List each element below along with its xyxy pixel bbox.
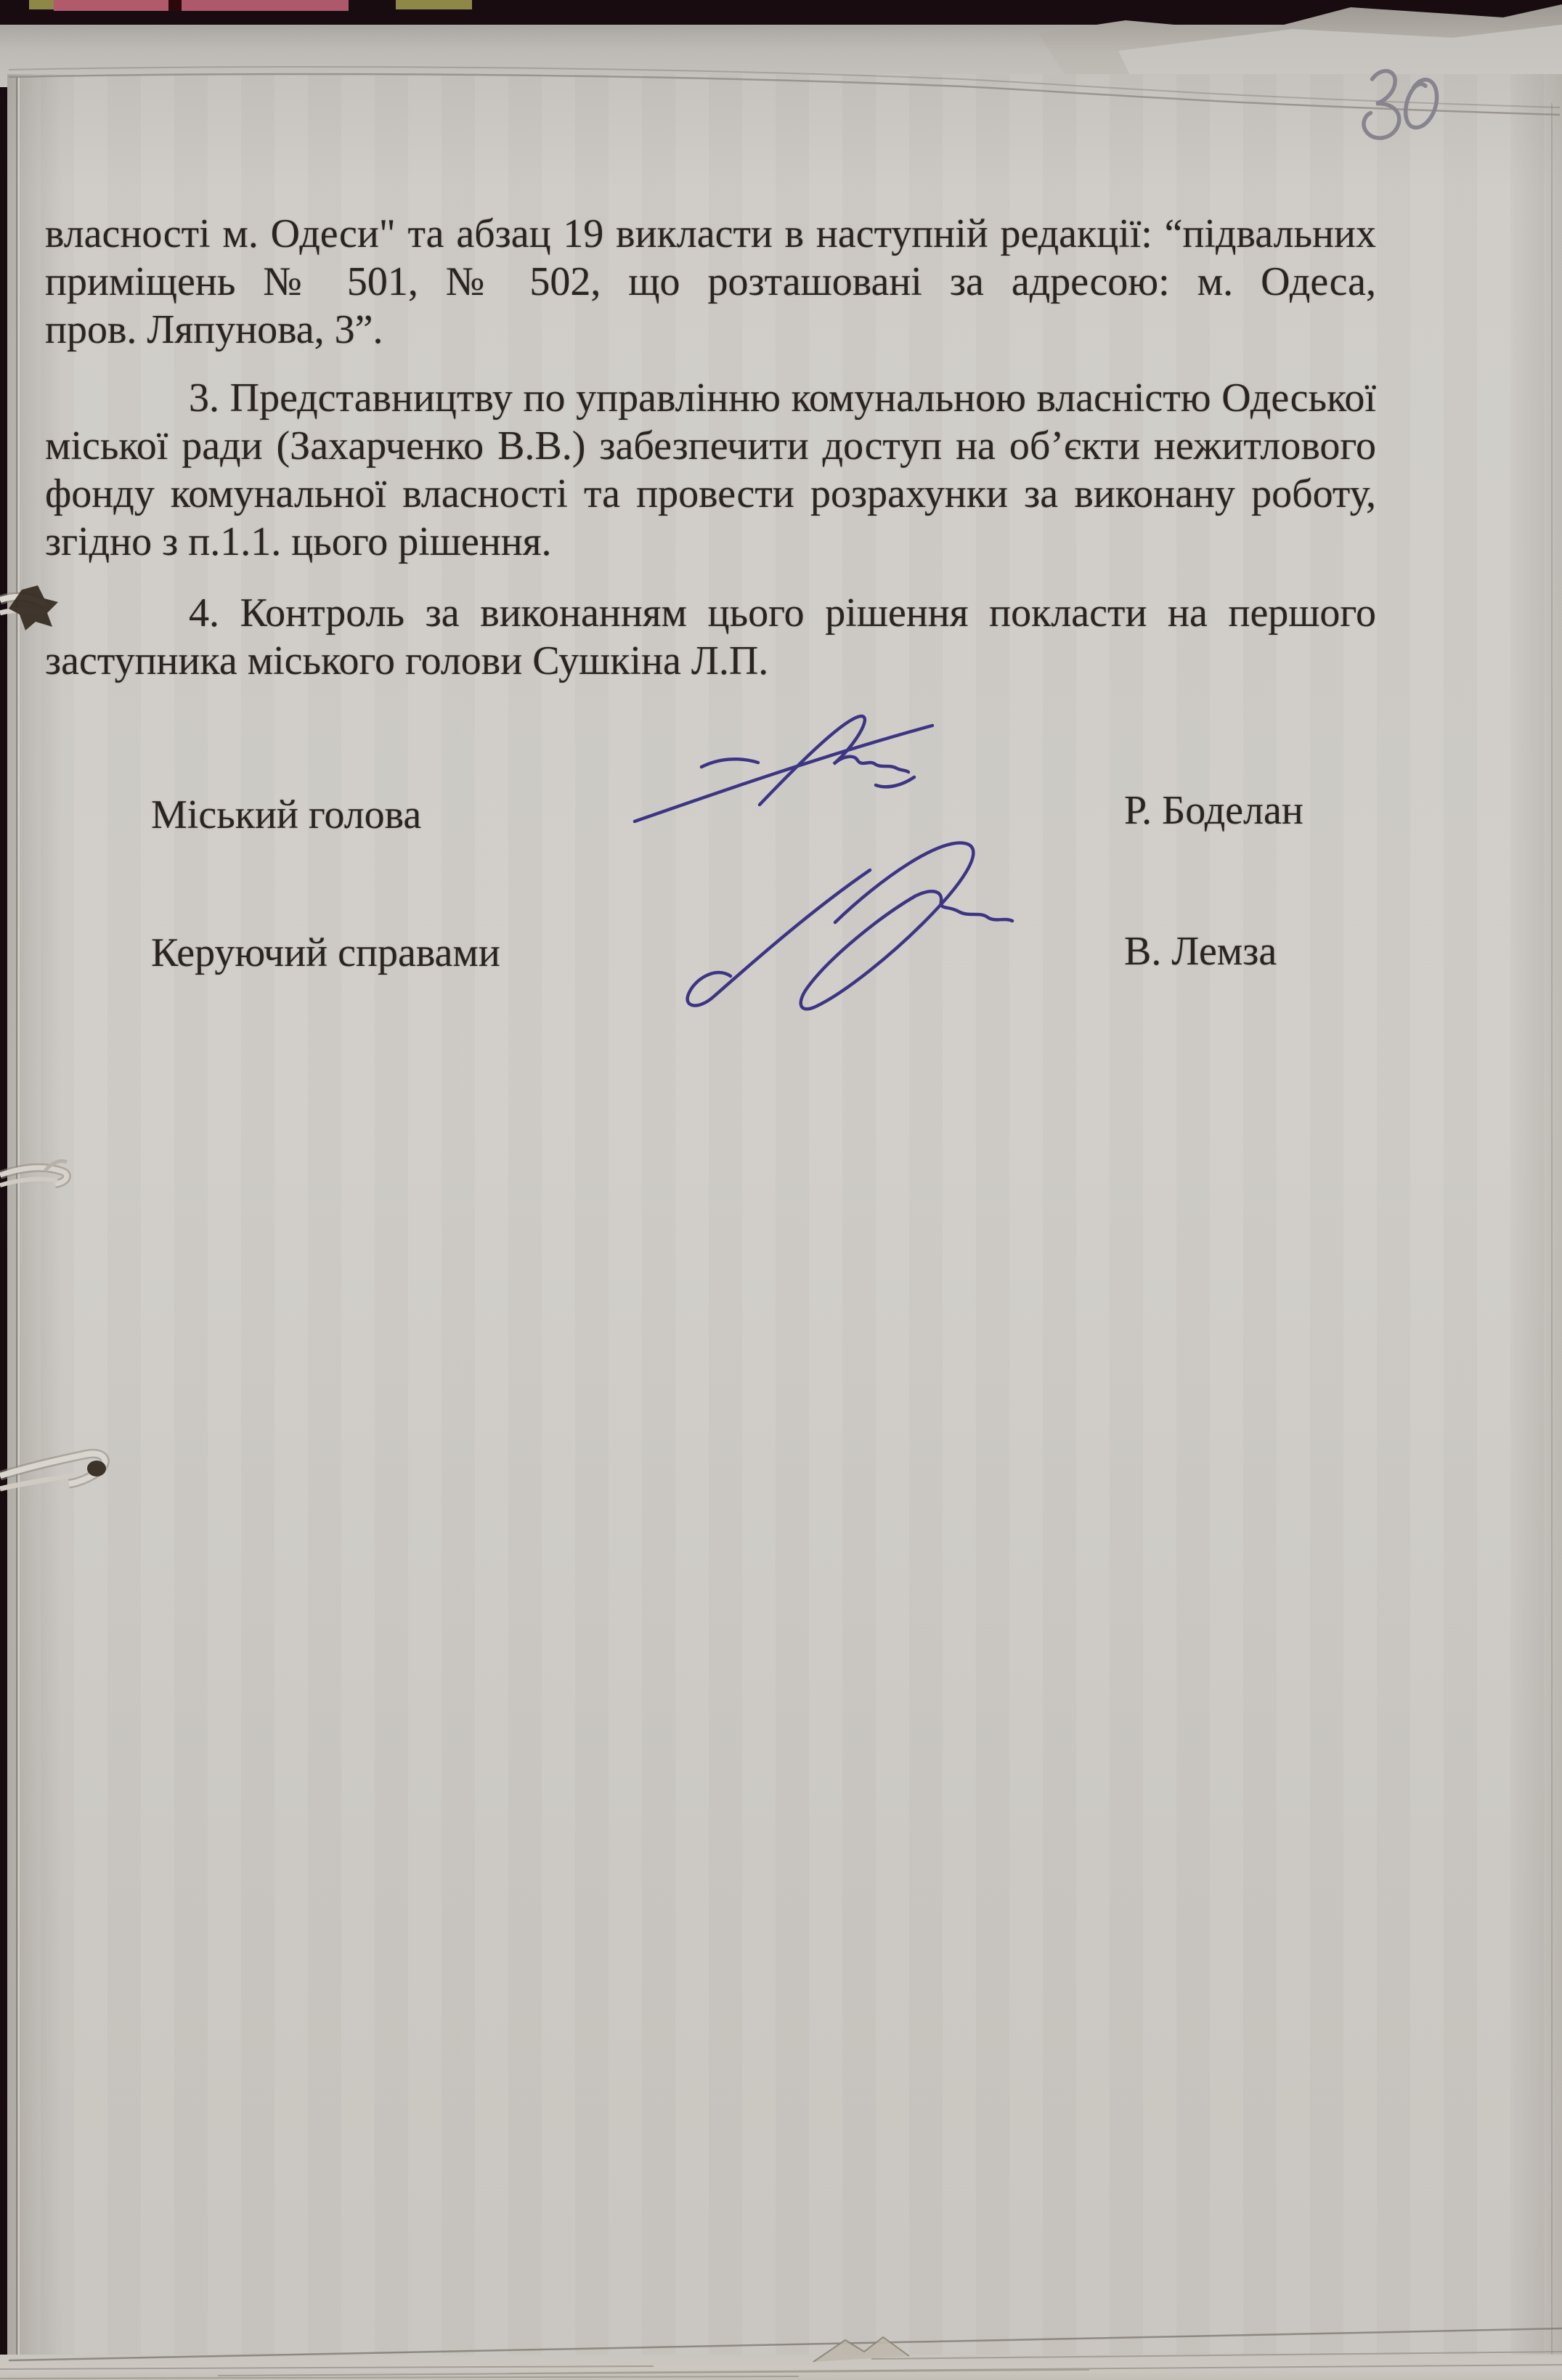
text-line: згідно з п.1.1. цього рішення.: [45, 518, 1376, 566]
text-line: міської ради (Захарченко В.В.) забезпечи…: [45, 422, 1376, 470]
signatory-name: Р. Боделан: [1124, 789, 1303, 832]
signatory-title: Керуючий справами: [151, 931, 500, 975]
folder-edge-pink: [182, 0, 349, 11]
signatory-title: Міський голова: [151, 793, 421, 837]
text-line: 4. Контроль за виконанням цього рішення …: [45, 589, 1376, 637]
list-item-3: 3. Представництву по управлінню комуналь…: [45, 374, 1376, 566]
document-body: власності м. Одеси" та абзац 19 викласти…: [45, 210, 1376, 685]
bottom-page-stack: [0, 2355, 1562, 2380]
folder-edge-olive: [29, 0, 54, 9]
signatory-name: В. Лемза: [1124, 930, 1277, 973]
text-line: заступника міського голови Сушкіна Л.П.: [45, 637, 1376, 685]
page-left-crease-highlight: [18, 77, 20, 2362]
page-left-crease: [16, 77, 17, 2362]
folder-edge-olive: [396, 0, 472, 9]
text-line: приміщень № 501, № 502, що розташовані з…: [45, 258, 1376, 306]
text-line: пров. Ляпунова, 3”.: [45, 306, 1376, 354]
text-line: фонду комунальної власності та провести …: [45, 470, 1376, 518]
folder-edge-dark-notch: [168, 0, 182, 11]
folder-edge-pink: [54, 0, 168, 11]
paragraph-continuation: власності м. Одеси" та абзац 19 викласти…: [45, 210, 1376, 354]
page-right-edge: [1551, 103, 1553, 2355]
list-item-4: 4. Контроль за виконанням цього рішення …: [45, 589, 1376, 685]
scanned-document-photo: власності м. Одеси" та абзац 19 викласти…: [0, 0, 1562, 2380]
text-line: власності м. Одеси" та абзац 19 викласти…: [45, 210, 1376, 258]
text-line: 3. Представництву по управлінню комуналь…: [45, 374, 1376, 422]
